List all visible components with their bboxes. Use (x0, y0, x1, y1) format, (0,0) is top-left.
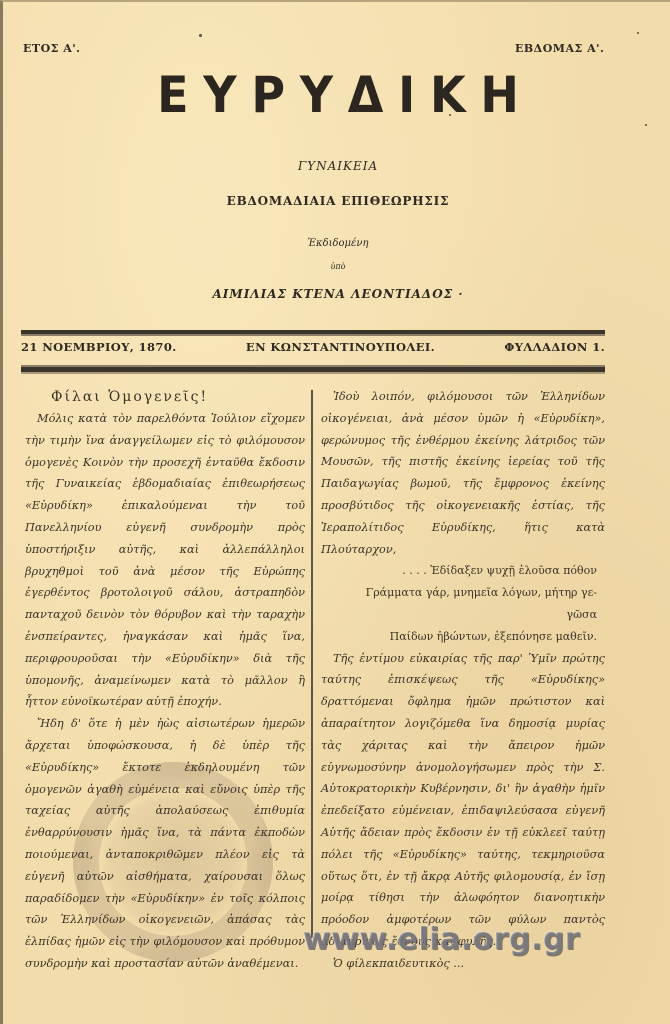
issue-number: ΦΥΛΛΑΔΙΟΝ 1. (504, 340, 605, 354)
year-label: ΕΤΟΣ Α'. (23, 42, 81, 55)
paper-speck (637, 32, 639, 34)
right-paragraph-2: Τῆς ἐντίμου εὐκαιρίας τῆς παρ' Ὑμῖν πρώτ… (321, 648, 605, 953)
subtitle-weekly-review: ΕΒΔΟΜΑΔΙΑΙΑ ΕΠΙΘΕΩΡΗΣΙΣ (3, 194, 670, 208)
poem-quote: . . . . Ἐδίδαξεν ψυχῇ ἑλοῦσα πόθον Γράμμ… (321, 560, 605, 647)
week-label: ΕΒΔΟΜΑΣ Α'. (515, 42, 604, 55)
right-paragraph-1: Ἰδοὺ λοιπόν, φιλόμουσοι τῶν Ἑλληνίδων οἰ… (321, 386, 605, 560)
poem-line-1: . . . . Ἐδίδαξεν ψυχῇ ἑλοῦσα πόθον (321, 560, 605, 582)
paper-speck (645, 124, 647, 126)
publisher-name: ΑΙΜΙΛΙΑΣ ΚΤΕΝΑ ΛΕΟΝΤΙΑΔΟΣ · (3, 287, 670, 301)
poem-line-2b: γῶσα (321, 604, 605, 626)
left-paragraph-1: Μόλις κατὰ τὸν παρελθόντα Ἰούλιον εἴχομε… (25, 408, 305, 713)
poem-line-3: Παίδων ἡβώντων, ἐξεπόνησε μαθεῖν. (321, 626, 605, 648)
published-label: Ἐκδιδομένη (3, 238, 670, 249)
issue-place: ΕΝ ΚΩΝΣΤΑΝΤΙΝΟΥΠΟΛΕΙ. (246, 340, 435, 354)
issue-date: 21 ΝΟΕΜΒΡΙΟΥ, 1870. (21, 340, 177, 354)
dateline: 21 ΝΟΕΜΒΡΙΟΥ, 1870. ΕΝ ΚΩΝΣΤΑΝΤΙΝΟΥΠΟΛΕΙ… (21, 340, 605, 354)
newspaper-page: ΕΤΟΣ Α'. ΕΒΔΟΜΑΣ Α'. ΕΥΡΥΔΙΚΗ ΓΥΝΑΙΚΕΙΑ … (0, 0, 670, 1024)
subtitle-womens: ΓΥΝΑΙΚΕΙΑ (3, 159, 670, 173)
newspaper-title: ΕΥΡΥΔΙΚΗ (30, 66, 646, 124)
top-rule-divider (21, 330, 605, 334)
by-label: ὑπὸ (3, 262, 670, 271)
article-heading: Φίλαι Ὁμογενεῖς! (25, 386, 305, 408)
right-column: Ἰδοὺ λοιπόν, φιλόμουσοι τῶν Ἑλληνίδων οἰ… (321, 386, 605, 975)
column-divider (311, 390, 313, 938)
watermark-text: www.elia.org.gr (303, 922, 580, 957)
left-column: Φίλαι Ὁμογενεῖς! Μόλις κατὰ τὸν παρελθόν… (25, 386, 305, 975)
bottom-rule-divider (21, 367, 605, 372)
left-paragraph-2: Ἤδη δ' ὅτε ἡ μὲν ἠὼς αἰσιωτέρων ἡμερῶν ἄ… (25, 713, 305, 975)
paper-speck (449, 114, 451, 116)
paper-speck (199, 34, 202, 37)
poem-line-2: Γράμματα γάρ, μνημεῖα λόγων, μήτηρ γε- (321, 582, 605, 604)
